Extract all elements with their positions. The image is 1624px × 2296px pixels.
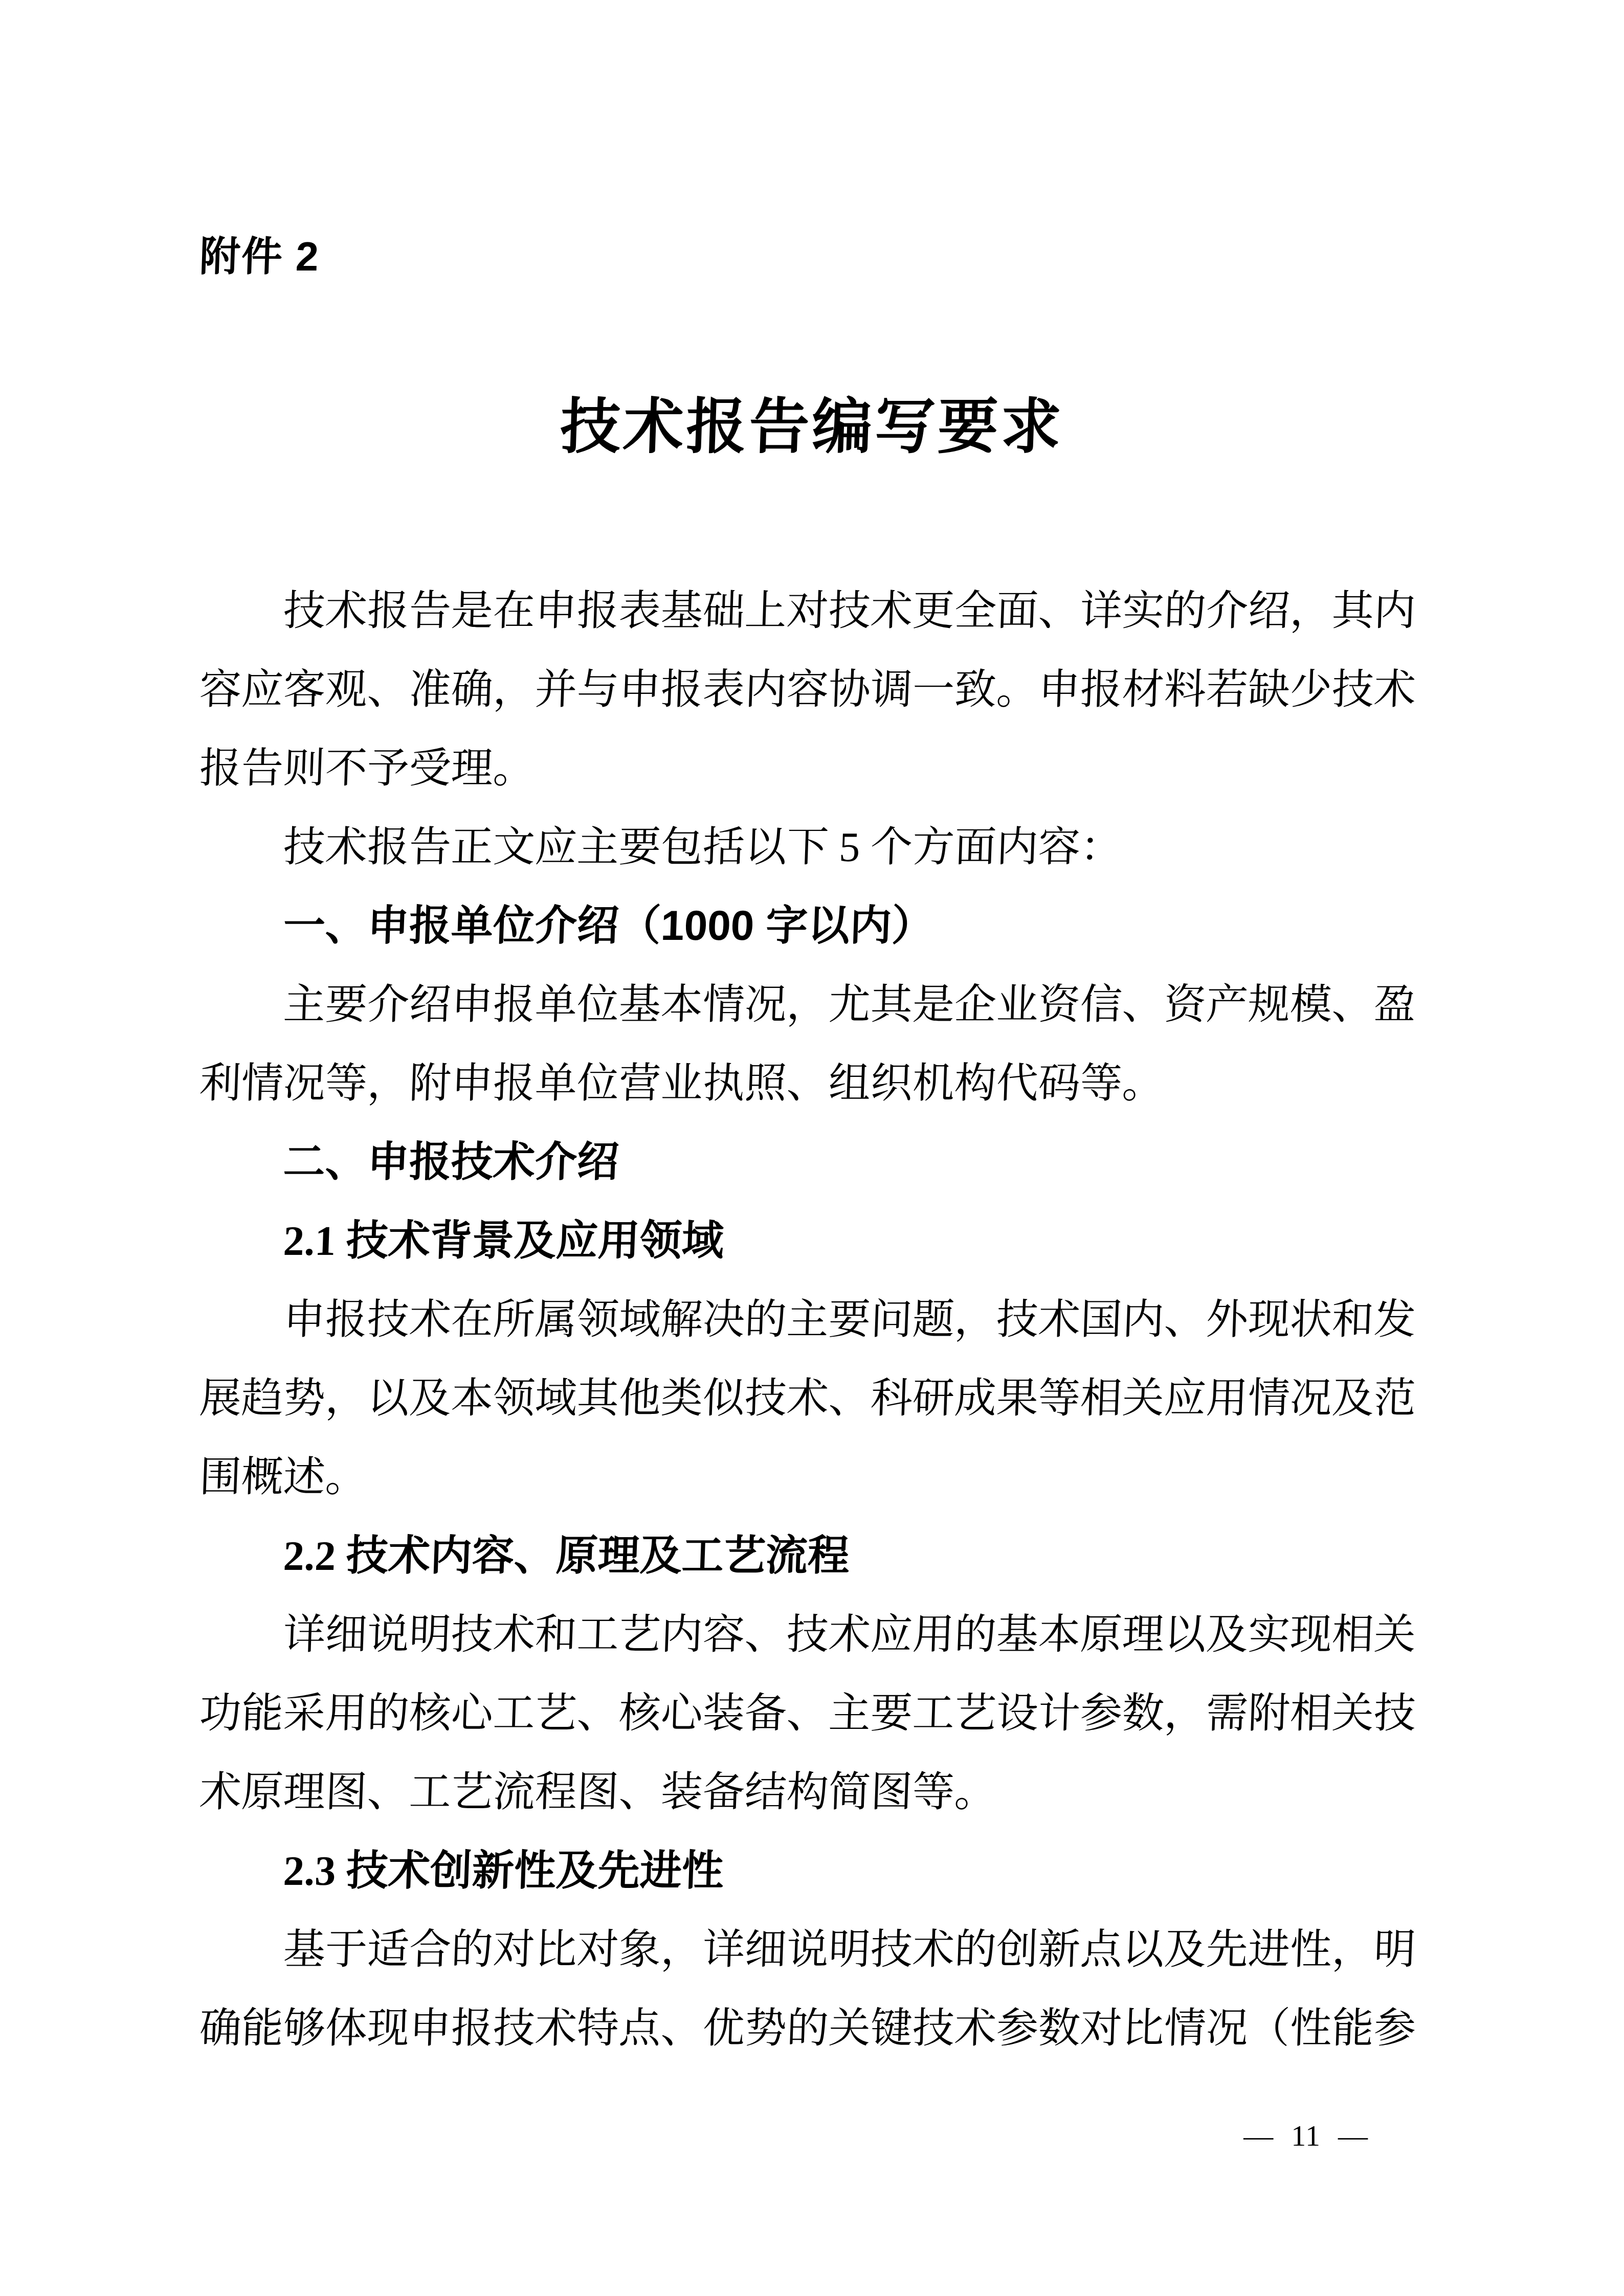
page-number-dash-right: —	[1338, 2119, 1368, 2152]
body-line: 功能采用的核心工艺、核心装备、主要工艺设计参数，需附相关技	[198, 1674, 1426, 1753]
body-line: 技术报告是在申报表基础上对技术更全面、详实的介绍，其内	[198, 572, 1426, 650]
body-line: 报告则不予受理。	[198, 729, 1426, 808]
body-line: 术原理图、工艺流程图、装备结构简图等。	[198, 1753, 1426, 1832]
body-line: 利情况等，附申报单位营业执照、组织机构代码等。	[198, 1044, 1426, 1123]
document-body: 技术报告是在申报表基础上对技术更全面、详实的介绍，其内 容应客观、准确，并与申报…	[199, 572, 1425, 2068]
scanned-document-page: 附件 2 技术报告编写要求 技术报告是在申报表基础上对技术更全面、详实的介绍，其…	[0, 0, 1624, 2296]
page-number-value: 11	[1291, 2119, 1321, 2152]
body-line: 申报技术在所属领域解决的主要问题，技术国内、外现状和发	[198, 1280, 1426, 1359]
heading-section-1: 一、申报单位介绍（1000 字以内）	[198, 887, 1426, 965]
attachment-label: 附件 2	[199, 236, 1426, 277]
heading-subsection-2-1: 2.1 技术背景及应用领域	[198, 1202, 1426, 1280]
page-number-dash-left: —	[1243, 2119, 1274, 2152]
page-number: —11—	[1243, 2121, 1368, 2151]
body-line: 围概述。	[198, 1438, 1426, 1517]
body-line: 展趋势，以及本领域其他类似技术、科研成果等相关应用情况及范	[198, 1359, 1426, 1438]
body-line: 主要介绍申报单位基本情况，尤其是企业资信、资产规模、盈	[198, 965, 1426, 1044]
heading-subsection-2-3: 2.3 技术创新性及先进性	[198, 1832, 1426, 1910]
heading-subsection-2-2: 2.2 技术内容、原理及工艺流程	[198, 1517, 1426, 1595]
page-content: 附件 2 技术报告编写要求 技术报告是在申报表基础上对技术更全面、详实的介绍，其…	[0, 0, 1624, 2068]
body-line: 确能够体现申报技术特点、优势的关键技术参数对比情况（性能参	[198, 1989, 1426, 2068]
document-title: 技术报告编写要求	[198, 397, 1426, 458]
body-line: 技术报告正文应主要包括以下 5 个方面内容：	[198, 808, 1426, 887]
body-line: 容应客观、准确，并与申报表内容协调一致。申报材料若缺少技术	[198, 650, 1426, 729]
heading-section-2: 二、申报技术介绍	[198, 1123, 1426, 1202]
body-line: 详细说明技术和工艺内容、技术应用的基本原理以及实现相关	[198, 1595, 1426, 1674]
body-line: 基于适合的对比对象，详细说明技术的创新点以及先进性，明	[198, 1910, 1426, 1989]
